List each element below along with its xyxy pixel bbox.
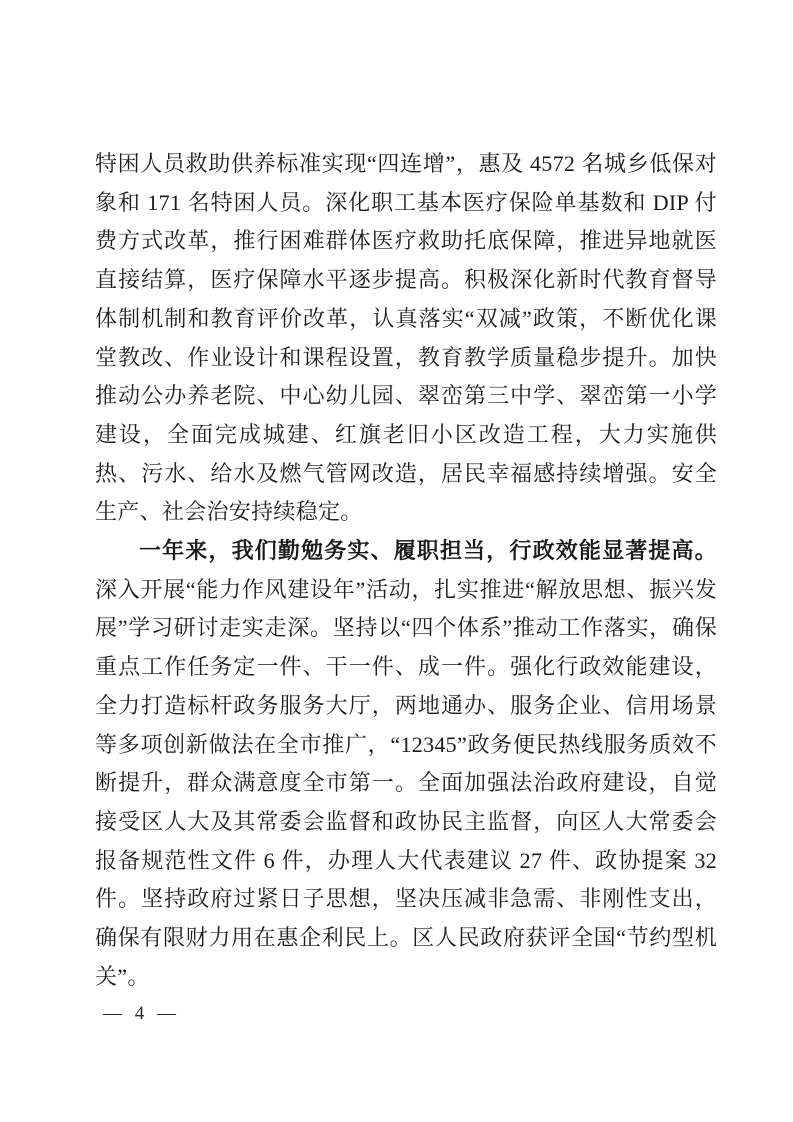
page-number: — 4 — — [103, 1003, 180, 1025]
document-body: 特困人员救助供养标准实现“四连增”，惠及 4572 名城乡低保对象和 171 名… — [95, 145, 717, 996]
document-page: 特困人员救助供养标准实现“四连增”，惠及 4572 名城乡低保对象和 171 名… — [0, 0, 793, 1122]
paragraph-2-text: 深入开展“能力作风建设年”活动，扎实推进“解放思想、振兴发展”学习研讨走实走深。… — [95, 577, 717, 989]
paragraph-1-text: 特困人员救助供养标准实现“四连增”，惠及 4572 名城乡低保对象和 171 名… — [95, 151, 717, 524]
paragraph-yearly-summary: 一年来，我们勤勉务实、履职担当，行政效能显著提高。深入开展“能力作风建设年”活动… — [95, 532, 717, 996]
paragraph-continuation: 特困人员救助供养标准实现“四连增”，惠及 4572 名城乡低保对象和 171 名… — [95, 145, 717, 532]
paragraph-2-bold-lead: 一年来，我们勤勉务实、履职担当，行政效能显著提高。 — [139, 538, 717, 563]
